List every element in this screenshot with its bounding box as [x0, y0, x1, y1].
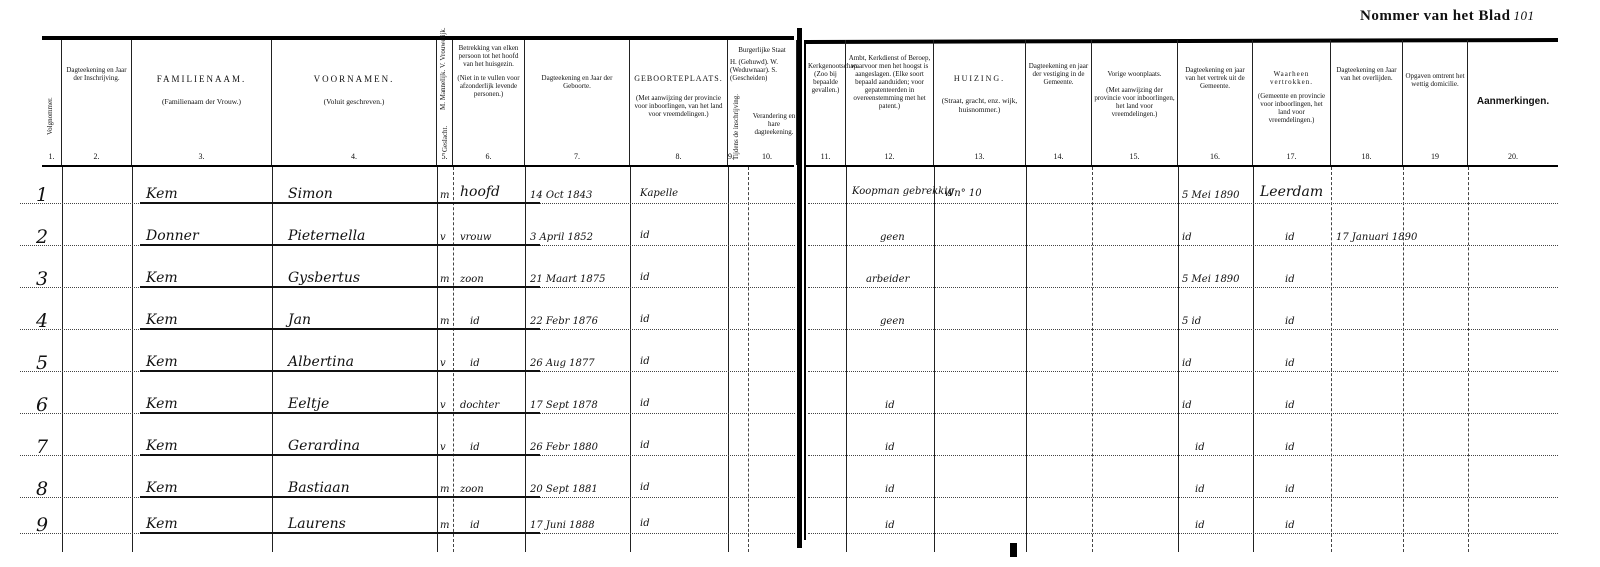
sex: m [440, 190, 449, 201]
row-line [808, 413, 1558, 414]
strike-line [140, 244, 540, 246]
col-num: 15. [1092, 152, 1177, 162]
address: Wn° 10 [944, 188, 982, 199]
sex: m [440, 274, 449, 285]
occupation: arbeider [866, 274, 909, 285]
relation: id [470, 520, 480, 531]
row-number: 5 [36, 352, 48, 374]
col-title: Waarheen vertrokken. [1255, 70, 1328, 86]
header-rule-left [42, 165, 794, 167]
col-num: 2. [62, 152, 131, 162]
register-row: 7 Kem Gerardina v id 26 Febr 1880 id id … [0, 432, 1600, 475]
birth-date: 26 Febr 1880 [530, 442, 598, 453]
row-number: 9 [36, 514, 48, 536]
birthplace: id [640, 518, 650, 529]
col-title: VOORNAMEN. [274, 74, 434, 85]
occupation: Koopman gebrekkig [852, 186, 954, 197]
family-name: Kem [146, 396, 178, 412]
col-header-15: Vorige woonplaats. (Met aanwijzing der p… [1092, 40, 1178, 165]
relation: hoofd [460, 184, 500, 200]
col-num: 14. [1026, 152, 1091, 162]
col-sub2: Tijdens de inschrijving. [732, 94, 740, 160]
col-header-8: GEBOORTEPLAATS. (Met aanwijzing der prov… [630, 40, 728, 165]
col-num: 6. [453, 152, 524, 162]
row-line [808, 245, 1558, 246]
destination: id [1285, 442, 1295, 453]
sex: v [440, 442, 446, 453]
birth-date: 20 Sept 1881 [530, 484, 598, 495]
col-header-14: Dagteekening en jaar der vestiging in de… [1026, 40, 1092, 165]
relation: dochter [460, 400, 499, 411]
col-header-3: FAMILIENAAM. (Familienaam der Vrouw.) 3. [132, 40, 272, 165]
col-sub: (Met aanwijzing der provincie voor inboo… [632, 94, 725, 118]
occupation: geen [880, 232, 905, 243]
sex: m [440, 520, 449, 531]
family-name: Kem [146, 516, 178, 532]
register-row: 6 Kem Eeltje v dochter 17 Sept 1878 id i… [0, 390, 1600, 433]
col-title: GEBOORTEPLAATS. [632, 74, 725, 84]
birth-date: 17 Juni 1888 [530, 520, 595, 531]
family-name: Kem [146, 186, 178, 202]
col-num: 18. [1331, 152, 1402, 162]
departure-date: id [1182, 358, 1192, 369]
col-sub: (Met aanwijzing der provincie voor inboo… [1094, 86, 1175, 118]
register-row: 1 Kem Simon m hoofd 14 Oct 1843 Kapelle … [0, 180, 1600, 223]
row-number: 8 [36, 478, 48, 500]
col-header-11: Kerkgenootschap. (Zoo bij bepaalde geval… [806, 40, 846, 165]
departure-date: 5 Mei 1890 [1182, 190, 1240, 201]
occupation: id [885, 400, 895, 411]
col-title: Dagteekening en jaar van het vertrek uit… [1180, 66, 1250, 90]
birthplace: id [640, 356, 650, 367]
given-names: Gerardina [288, 438, 360, 454]
col-header-9-10: Burgerlijke Staat H. (Gehuwd). W. (Weduw… [728, 40, 797, 165]
col-title: FAMILIENAAM. [134, 74, 269, 85]
row-number: 1 [36, 184, 48, 206]
row-number: 3 [36, 268, 48, 290]
col-header-5: M. Mannelijk. V. Vrouwelijk. Geslacht. 5… [437, 40, 453, 165]
given-names: Eeltje [288, 396, 329, 412]
relation: id [470, 316, 480, 327]
destination: id [1285, 400, 1295, 411]
departure-date: id [1182, 232, 1192, 243]
strike-line [140, 202, 540, 204]
col-header-4: VOORNAMEN. (Voluit geschreven.) 4. [272, 40, 437, 165]
birthplace: id [640, 482, 650, 493]
birth-date: 21 Maart 1875 [530, 274, 606, 285]
relation: zoon [460, 484, 484, 495]
col-sub: (Niet in te vullen voor afzonderlijk lev… [455, 74, 522, 98]
col-title: Dagteekening en jaar der vestiging in de… [1028, 62, 1089, 86]
given-names: Laurens [288, 516, 346, 532]
col-num: 5. [437, 152, 452, 162]
col-header-19: Opgaven omtrent het wettig domicilie. 19 [1403, 40, 1468, 165]
register-row: 5 Kem Albertina v id 26 Aug 1877 id id i… [0, 348, 1600, 391]
family-name: Kem [146, 354, 178, 370]
col-num: 12. [846, 152, 933, 162]
relation: zoon [460, 274, 484, 285]
col-sub: (Familienaam der Vrouw.) [134, 97, 269, 106]
col-sub: (Gemeente en provincie voor inboorlingen… [1255, 92, 1328, 124]
given-names: Pieternella [288, 228, 365, 244]
row-line [808, 533, 1558, 534]
birth-date: 3 April 1852 [530, 232, 593, 243]
occupation: id [885, 520, 895, 531]
birthplace: id [640, 272, 650, 283]
row-line [808, 287, 1558, 288]
family-name: Kem [146, 270, 178, 286]
given-names: Jan [288, 312, 311, 328]
birthplace: id [640, 398, 650, 409]
col-header-7: Dagteekening en Jaar der Geboorte. 7. [525, 40, 630, 165]
destination: id [1285, 232, 1295, 243]
col-header-1: Volgnommer. 1. [42, 40, 62, 165]
col-header-2: Dagteekening en Jaar der Inschrijving. 2… [62, 40, 132, 165]
relation: vrouw [460, 232, 491, 243]
col-num: 16. [1178, 152, 1252, 162]
col-header-20: Aanmerkingen. 20. [1468, 40, 1558, 165]
col-title: Betrekking van elken persoon tot het hoo… [455, 44, 522, 68]
sex: v [440, 400, 446, 411]
relation: id [470, 442, 480, 453]
col-title: Burgerlijke Staat [730, 46, 794, 54]
birth-date: 22 Febr 1876 [530, 316, 598, 327]
death-date: 17 Januari 1890 [1336, 232, 1417, 243]
occupation: geen [880, 316, 905, 327]
row-line [808, 371, 1558, 372]
col-num-10: 10. [762, 152, 796, 162]
strike-line [140, 454, 540, 456]
family-name: Kem [146, 480, 178, 496]
sex: m [440, 316, 449, 327]
col-num: 13. [934, 152, 1025, 162]
sex: v [440, 358, 446, 369]
strike-line [140, 370, 540, 372]
destination: id [1285, 274, 1295, 285]
col-num: 9. [728, 152, 748, 162]
col-sub: (Straat, gracht, enz. wijk, huisnommer.) [936, 96, 1023, 114]
col-title: Volgnommer. [46, 97, 54, 135]
register-row: 2 Donner Pieternella v vrouw 3 April 185… [0, 222, 1600, 265]
col-title: Dagteekening en Jaar van het overlijden. [1333, 66, 1400, 82]
col-num: 19 [1403, 152, 1467, 162]
destination: id [1285, 484, 1295, 495]
given-names: Simon [288, 186, 333, 202]
col-title: Aanmerkingen. [1470, 96, 1556, 108]
col-title: Geslacht. [441, 126, 449, 152]
col-header-16: Dagteekening en jaar van het vertrek uit… [1178, 40, 1253, 165]
col-num: 11. [806, 152, 845, 162]
family-name: Donner [146, 228, 199, 244]
col-num: 7. [525, 152, 629, 162]
col-title: Vorige woonplaats. [1094, 70, 1175, 78]
strike-line [140, 286, 540, 288]
given-names: Albertina [288, 354, 354, 370]
col-title-10: Verandering en hare dagteekening. [752, 112, 796, 136]
col-title: Dagteekening en Jaar der Inschrijving. [64, 66, 129, 82]
col-num: 4. [272, 152, 436, 162]
sheet-number-label: Nommer van het Blad101 [1360, 8, 1534, 25]
sex: v [440, 232, 446, 243]
birthplace: id [640, 230, 650, 241]
sheet-label-text: Nommer van het Blad [1360, 8, 1510, 24]
occupation: id [885, 442, 895, 453]
row-line [808, 329, 1558, 330]
strike-line [140, 532, 540, 534]
sex: m [440, 484, 449, 495]
col-num: 8. [630, 152, 727, 162]
col-title: Opgaven omtrent het wettig domicilie. [1405, 72, 1465, 88]
row-line [808, 455, 1558, 456]
birthplace: Kapelle [640, 188, 678, 199]
row-number: 6 [36, 394, 48, 416]
departure-date: id [1195, 520, 1205, 531]
row-line [808, 497, 1558, 498]
strike-line [140, 496, 540, 498]
departure-date: id [1195, 484, 1205, 495]
col-sub: (Voluit geschreven.) [274, 97, 434, 106]
register-row: 3 Kem Gysbertus m zoon 21 Maart 1875 id … [0, 264, 1600, 307]
col-num: 3. [132, 152, 271, 162]
strike-line [140, 328, 540, 330]
col-sub: H. (Gehuwd). W. (Weduwnaar). S. (Geschei… [730, 58, 794, 82]
family-name: Kem [146, 438, 178, 454]
destination: Leerdam [1260, 184, 1323, 200]
row-number: 7 [36, 436, 48, 458]
col-title: HUIZING. [936, 74, 1023, 84]
col-title: Dagteekening en Jaar der Geboorte. [527, 74, 627, 90]
col-header-17: Waarheen vertrokken. (Gemeente en provin… [1253, 40, 1331, 165]
register-row: 4 Kem Jan m id 22 Febr 1876 id geen 5 id… [0, 306, 1600, 349]
strike-line [140, 412, 540, 414]
col-num: 17. [1253, 152, 1330, 162]
birth-date: 17 Sept 1878 [530, 400, 598, 411]
col-sub: M. Mannelijk. V. Vrouwelijk. [439, 27, 447, 110]
destination: id [1285, 316, 1295, 327]
departure-date: id [1182, 400, 1192, 411]
departure-date: 5 id [1182, 316, 1201, 327]
given-names: Gysbertus [288, 270, 360, 286]
register-row: 9 Kem Laurens m id 17 Juni 1888 id id id… [0, 510, 1600, 553]
col-title: Kerkgenootschap. (Zoo bij bepaalde geval… [808, 62, 843, 94]
col-header-6: Betrekking van elken persoon tot het hoo… [453, 40, 525, 165]
family-name: Kem [146, 312, 178, 328]
birthplace: id [640, 440, 650, 451]
destination: id [1285, 520, 1295, 531]
given-names: Bastiaan [288, 480, 350, 496]
row-number: 4 [36, 310, 48, 332]
col-header-13: HUIZING. (Straat, gracht, enz. wijk, hui… [934, 40, 1026, 165]
col-num: 20. [1468, 152, 1558, 162]
birth-date: 14 Oct 1843 [530, 190, 592, 201]
row-line [808, 203, 1558, 204]
col-title: Ambt, Kerkdienst of Beroep, waarvoor men… [848, 54, 931, 110]
departure-date: id [1195, 442, 1205, 453]
col-header-12: Ambt, Kerkdienst of Beroep, waarvoor men… [846, 40, 934, 165]
row-number: 2 [36, 226, 48, 248]
birth-date: 26 Aug 1877 [530, 358, 595, 369]
sheet-number-value: 101 [1513, 8, 1534, 23]
col-header-18: Dagteekening en Jaar van het overlijden.… [1331, 40, 1403, 165]
header-rule-right [806, 165, 1558, 167]
occupation: id [885, 484, 895, 495]
birthplace: id [640, 314, 650, 325]
relation: id [470, 358, 480, 369]
register-sheet: Nommer van het Blad101 Volgnommer. 1. Da… [0, 0, 1600, 567]
destination: id [1285, 358, 1295, 369]
departure-date: 5 Mei 1890 [1182, 274, 1240, 285]
col-num: 1. [42, 152, 61, 162]
